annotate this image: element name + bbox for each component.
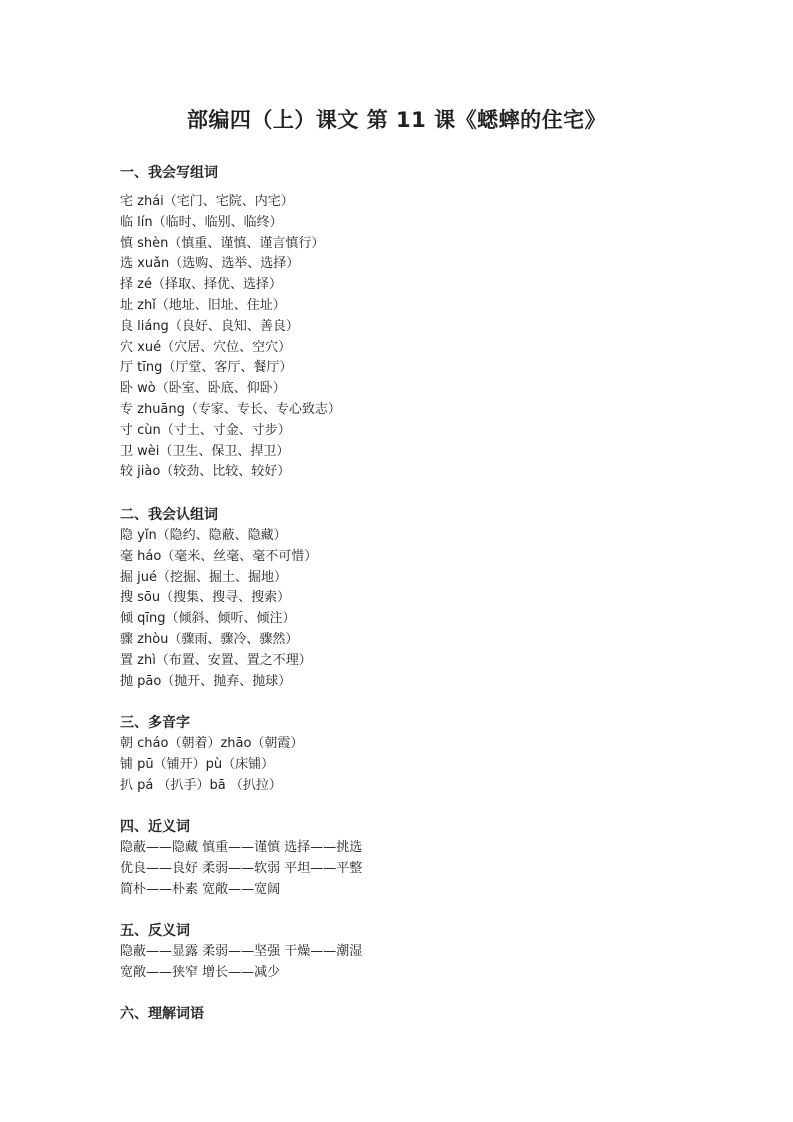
section-heading: 三、多音字 xyxy=(120,713,303,734)
list-item: 良 liáng（良好、良知、善良） xyxy=(120,317,341,338)
list-item: 卫 wèi（卫生、保卫、捍卫） xyxy=(120,442,341,463)
section-heading: 五、反义词 xyxy=(120,921,362,942)
list-item: 择 zé（择取、择优、选择） xyxy=(120,275,341,296)
list-item: 倾 qīng（倾斜、倾听、倾注） xyxy=(120,609,317,630)
list-item: 选 xuǎn（选购、选举、选择） xyxy=(120,254,341,275)
section-polyphones: 三、多音字 朝 cháo（朝着）zhāo（朝霞） 铺 pū（铺开）pù（床铺） … xyxy=(120,713,303,796)
list-item: 优良——良好 柔弱——软弱 平坦——平整 xyxy=(120,859,362,880)
list-item: 专 zhuāng（专家、专长、专心致志） xyxy=(120,400,341,421)
section-understand-words: 六、理解词语 xyxy=(120,1004,204,1025)
section-heading: 一、我会写组词 xyxy=(120,163,341,184)
list-item: 隐蔽——隐藏 慎重——谨慎 选择——挑选 xyxy=(120,838,362,859)
list-item: 卧 wò（卧室、卧底、仰卧） xyxy=(120,379,341,400)
list-item: 朝 cháo（朝着）zhāo（朝霞） xyxy=(120,734,303,755)
list-item: 毫 háo（毫米、丝毫、毫不可惜） xyxy=(120,547,317,568)
list-item: 较 jiào（较劲、比较、较好） xyxy=(120,462,341,483)
section-heading: 四、近义词 xyxy=(120,817,362,838)
list-item: 扒 pá （扒手）bā （扒拉） xyxy=(120,776,303,797)
list-item: 址 zhǐ（地址、旧址、住址） xyxy=(120,296,341,317)
list-item: 寸 cùn（寸土、寸金、寸步） xyxy=(120,421,341,442)
list-item: 隐蔽——显露 柔弱——坚强 干燥——潮湿 xyxy=(120,942,362,963)
list-item: 慎 shèn（慎重、谨慎、谨言慎行） xyxy=(120,234,341,255)
section-heading: 六、理解词语 xyxy=(120,1004,204,1025)
section-write-words: 一、我会写组词 宅 zhái（宅门、宅院、内宅） 临 lín（临时、临别、临终）… xyxy=(120,163,341,483)
list-item: 骤 zhòu（骤雨、骤冷、骤然） xyxy=(120,630,317,651)
section-heading: 二、我会认组词 xyxy=(120,505,317,526)
list-item: 宽敞——狭窄 增长——减少 xyxy=(120,963,362,984)
section-antonyms: 五、反义词 隐蔽——显露 柔弱——坚强 干燥——潮湿 宽敞——狭窄 增长——减少 xyxy=(120,921,362,984)
list-item: 隐 yǐn（隐约、隐蔽、隐藏） xyxy=(120,526,317,547)
list-item: 穴 xué（穴居、穴位、空穴） xyxy=(120,338,341,359)
list-item: 搜 sōu（搜集、搜寻、搜索） xyxy=(120,588,317,609)
list-item: 简朴——朴素 宽敞——宽阔 xyxy=(120,880,362,901)
document-title: 部编四（上）课文 第 11 课《蟋蟀的住宅》 xyxy=(0,104,793,134)
list-item: 置 zhì（布置、安置、置之不理） xyxy=(120,651,317,672)
section-read-words: 二、我会认组词 隐 yǐn（隐约、隐蔽、隐藏） 毫 háo（毫米、丝毫、毫不可惜… xyxy=(120,505,317,692)
list-item: 掘 jué（挖掘、掘土、掘地） xyxy=(120,568,317,589)
list-item: 铺 pū（铺开）pù（床铺） xyxy=(120,755,303,776)
list-item: 抛 pāo（抛开、抛弃、抛球） xyxy=(120,672,317,693)
section-synonyms: 四、近义词 隐蔽——隐藏 慎重——谨慎 选择——挑选 优良——良好 柔弱——软弱… xyxy=(120,817,362,900)
list-item: 厅 tīng（厅堂、客厅、餐厅） xyxy=(120,358,341,379)
list-item: 宅 zhái（宅门、宅院、内宅） xyxy=(120,192,341,213)
list-item: 临 lín（临时、临别、临终） xyxy=(120,213,341,234)
